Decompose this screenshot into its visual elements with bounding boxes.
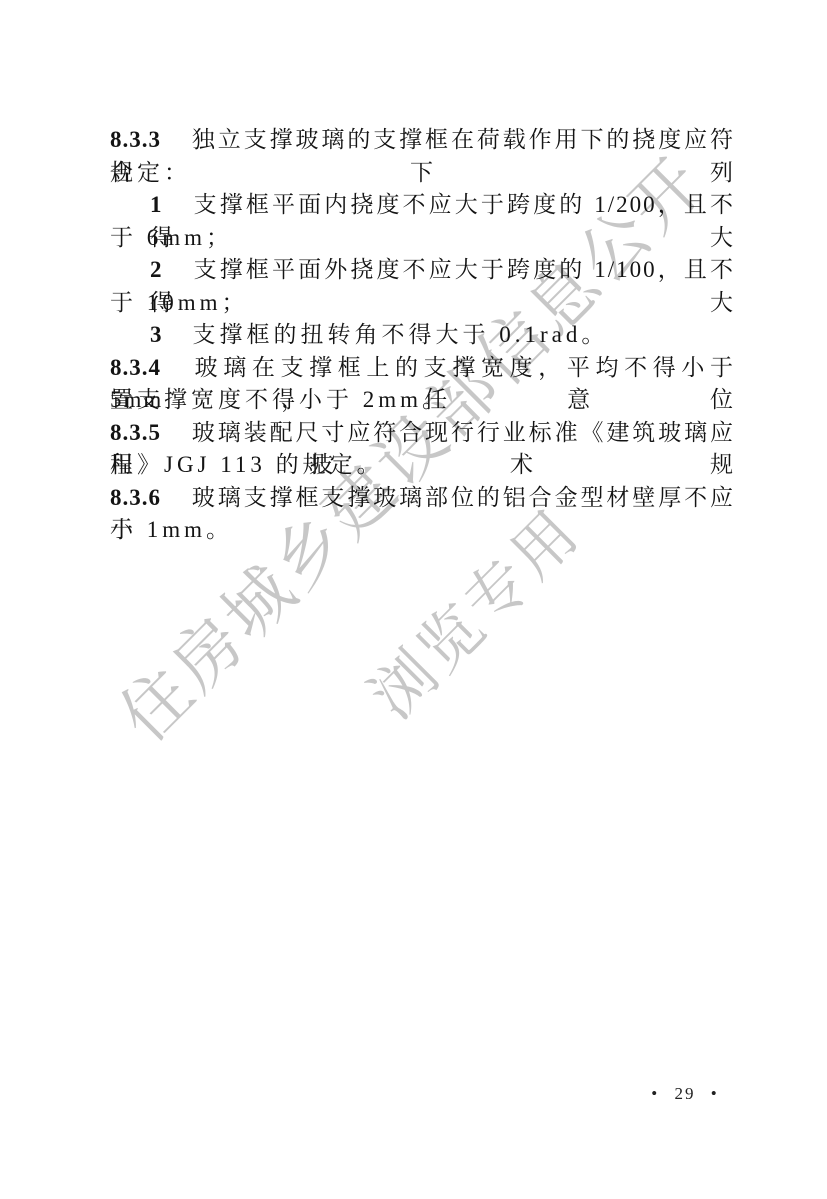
item-number: 3	[150, 322, 163, 347]
item-text: 支撑框平面内挠度不应大于跨度的 1/200，且不得大	[150, 192, 735, 250]
item-number: 1	[150, 192, 163, 217]
clause-text: 程》JGJ 113 的规定。	[110, 452, 384, 477]
item-text: 于 10mm；	[110, 290, 249, 315]
item-text: 支撑框的扭转角不得大于 0.1rad。	[193, 322, 609, 347]
text-line-item-2: 2支撑框平面外挠度不应大于跨度的 1/100，且不得大	[110, 254, 735, 287]
clause-number: 8.3.4	[110, 355, 161, 380]
page-number: • 29 •	[625, 1084, 745, 1104]
item-text: 于 6mm；	[110, 225, 233, 250]
item-number: 2	[150, 257, 163, 282]
clause-text: 置支撑宽度不得小于 2mm。	[110, 387, 449, 412]
text-line-clause-8-3-3: 8.3.3独立支撑玻璃的支撑框在荷载作用下的挠度应符合下列	[110, 124, 735, 157]
document-page: 住房城乡建设部信息公开 浏览专用 8.3.3独立支撑玻璃的支撑框在荷载作用下的挠…	[0, 0, 827, 1199]
text-line-clause-8-3-4: 8.3.4玻璃在支撑框上的支撑宽度，平均不得小于 5mm，任意位	[110, 352, 735, 385]
clause-text: 于 1mm。	[110, 517, 233, 542]
document-body: 8.3.3独立支撑玻璃的支撑框在荷载作用下的挠度应符合下列 规定： 1支撑框平面…	[110, 124, 735, 547]
text-line: 于 1mm。	[110, 514, 735, 547]
text-line-item-1: 1支撑框平面内挠度不应大于跨度的 1/200，且不得大	[110, 189, 735, 222]
clause-text: 独立支撑玻璃的支撑框在荷载作用下的挠度应符合下列	[110, 127, 735, 185]
clause-number: 8.3.6	[110, 485, 161, 510]
text-line-clause-8-3-5: 8.3.5玻璃装配尺寸应符合现行行业标准《建筑玻璃应用技术规	[110, 417, 735, 450]
text-line-clause-8-3-6: 8.3.6玻璃支撑框支撑玻璃部位的铝合金型材壁厚不应小	[110, 482, 735, 515]
clause-number: 8.3.3	[110, 127, 161, 152]
clause-number: 8.3.5	[110, 420, 161, 445]
text-line-item-3: 3支撑框的扭转角不得大于 0.1rad。	[110, 319, 735, 352]
clause-text: 规定：	[110, 160, 191, 185]
